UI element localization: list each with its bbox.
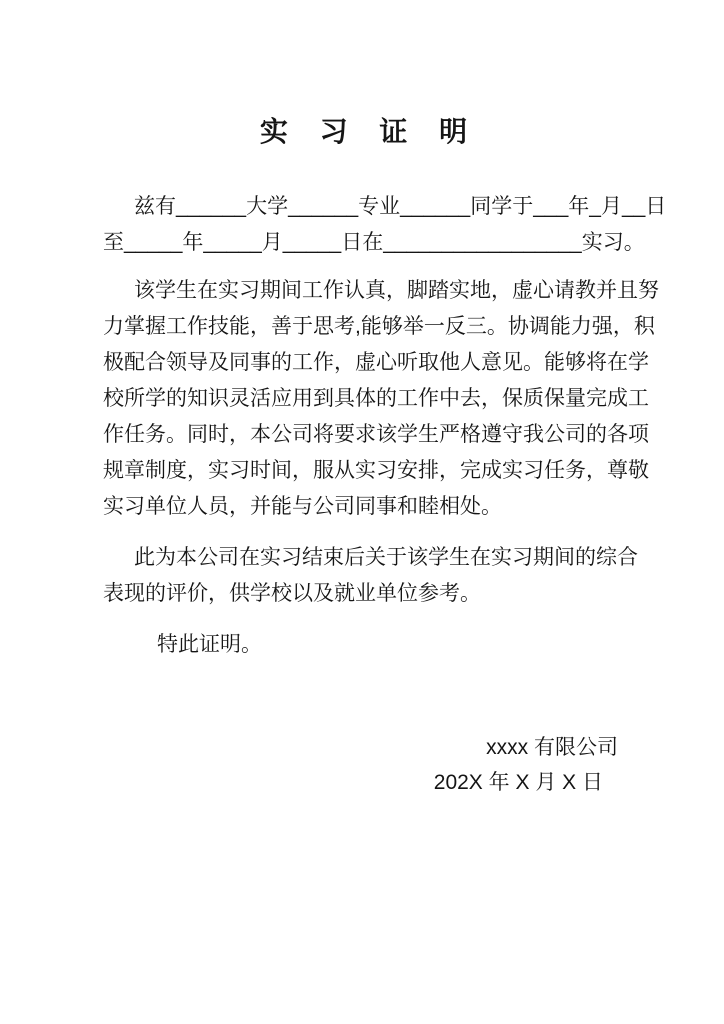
evaluation-paragraph: 该学生在实习期间工作认真，脚踏实地，虚心请教并且努 力掌握工作技能，善于思考,能… <box>103 273 624 525</box>
intro-line: 兹有______大学______专业______同学于___年_月__日 <box>103 189 624 225</box>
evaluation-line: 校所学的知识灵活应用到具体的工作中去，保质保量完成工 <box>103 381 624 417</box>
intro-line: 至_____年_____月_____日在_________________实习。 <box>103 225 624 261</box>
evaluation-line: 该学生在实习期间工作认真，脚踏实地，虚心请教并且努 <box>103 273 624 309</box>
evaluation-line: 极配合领导及同事的工作，虚心听取他人意见。能够将在学 <box>103 345 624 381</box>
purpose-line: 此为本公司在实习结束后关于该学生在实习期间的综合 <box>103 540 624 576</box>
purpose-paragraph: 此为本公司在实习结束后关于该学生在实习期间的综合 表现的评价，供学校以及就业单位… <box>103 540 624 612</box>
purpose-line: 表现的评价，供学校以及就业单位参考。 <box>103 576 624 612</box>
signature-company: xxxx 有限公司 <box>103 730 624 765</box>
signature-block: xxxx 有限公司 202X 年 X 月 X 日 <box>103 730 624 800</box>
document-content: 实 习 证 明 兹有______大学______专业______同学于___年_… <box>103 0 624 800</box>
evaluation-line: 作任务。同时，本公司将要求该学生严格遵守我公司的各项 <box>103 417 624 453</box>
evaluation-line: 规章制度，实习时间，服从实习安排，完成实习任务，尊敬 <box>103 453 624 489</box>
closing-statement: 特此证明。 <box>103 627 624 663</box>
intro-paragraph: 兹有______大学______专业______同学于___年_月__日 至__… <box>103 189 624 261</box>
document-page: 实 习 证 明 兹有______大学______专业______同学于___年_… <box>0 0 724 1024</box>
evaluation-line: 实习单位人员，并能与公司同事和睦相处。 <box>103 489 624 525</box>
document-title: 实 习 证 明 <box>103 111 624 153</box>
signature-date: 202X 年 X 月 X 日 <box>103 765 624 800</box>
evaluation-line: 力掌握工作技能，善于思考,能够举一反三。协调能力强，积 <box>103 309 624 345</box>
